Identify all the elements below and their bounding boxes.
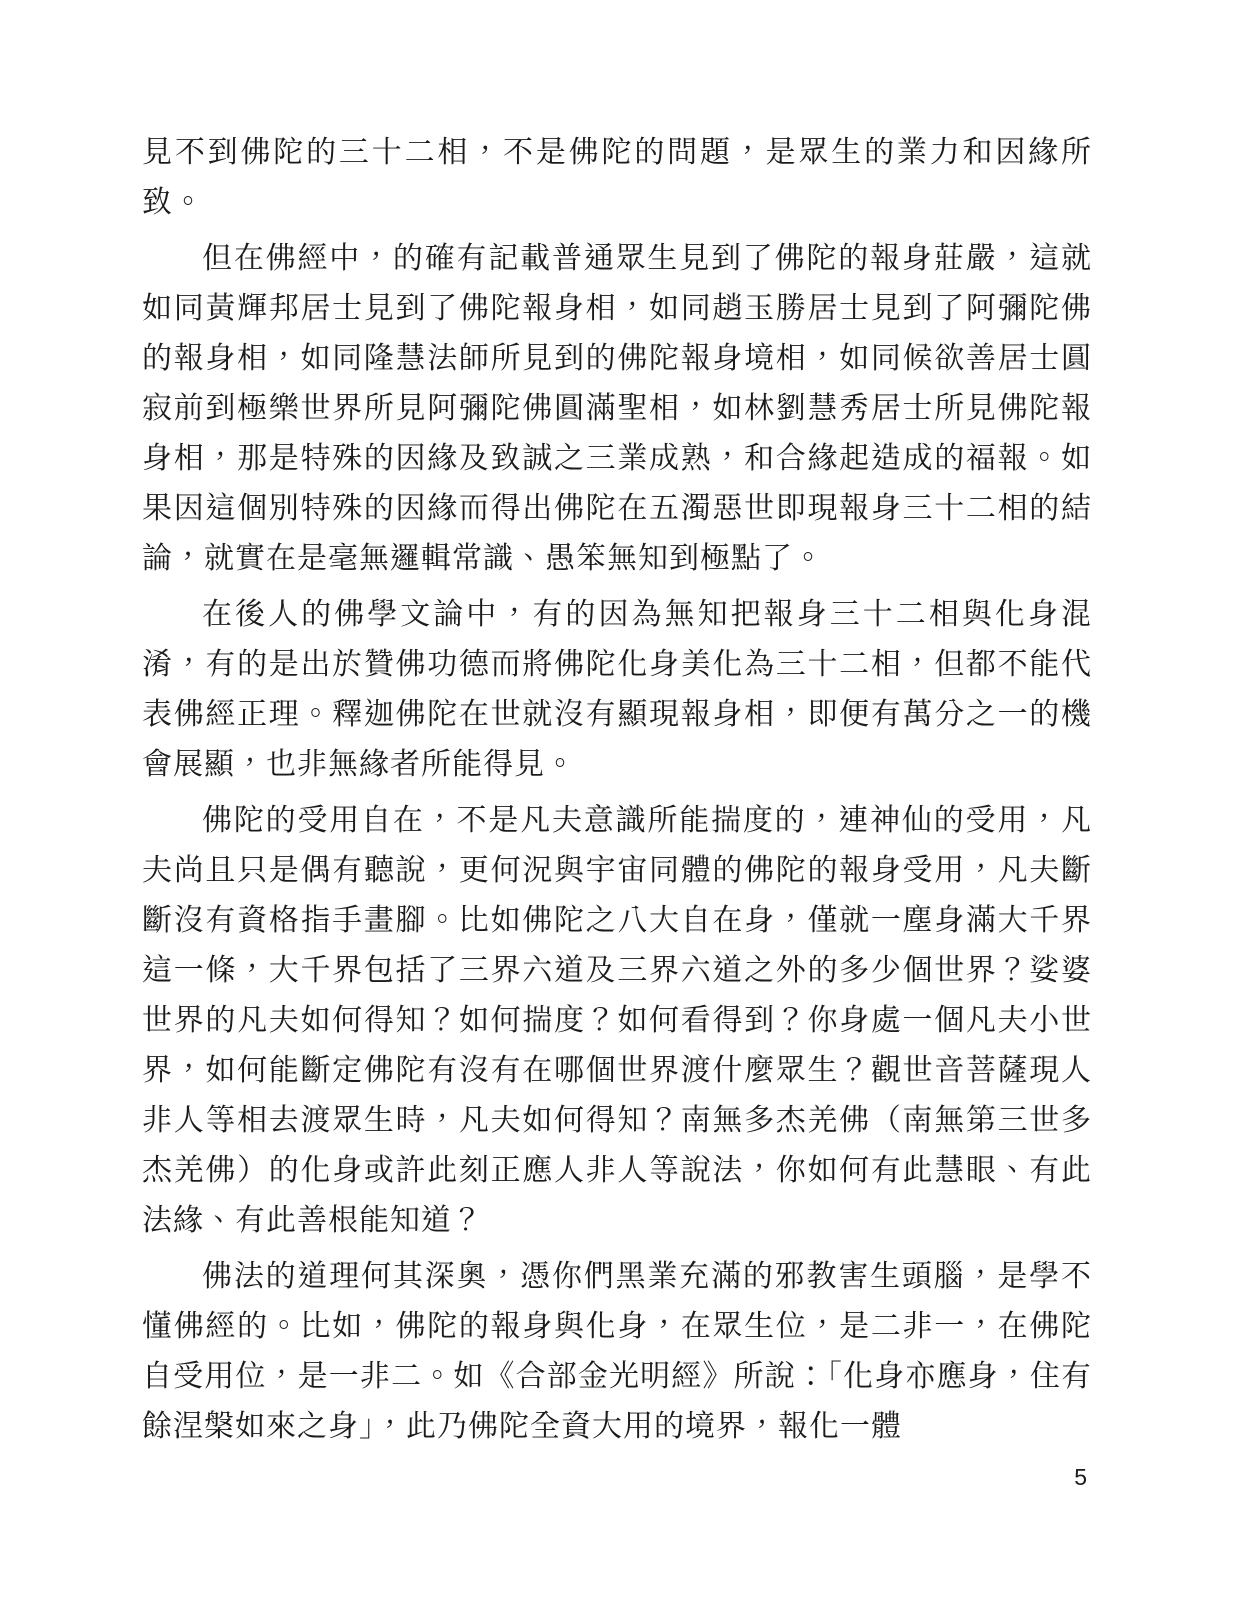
paragraph: 佛法的道理何其深奧，憑你們黑業充滿的邪教害生頭腦，是學不懂佛經的。比如，佛陀的報… [142, 1252, 1092, 1452]
document-page: 見不到佛陀的三十二相，不是佛陀的問題，是眾生的業力和因緣所致。 但在佛經中，的確… [0, 0, 1237, 1600]
paragraph: 但在佛經中，的確有記載普通眾生見到了佛陀的報身莊嚴，這就如同黃輝邦居士見到了佛陀… [142, 234, 1092, 584]
page-number: 5 [1074, 1462, 1087, 1492]
paragraph: 在後人的佛學文論中，有的因為無知把報身三十二相與化身混淆，有的是出於贊佛功德而將… [142, 590, 1092, 790]
paragraph: 佛陀的受用自在，不是凡夫意識所能揣度的，連神仙的受用，凡夫尚且只是偶有聽說，更何… [142, 796, 1092, 1246]
paragraph-continuation: 見不到佛陀的三十二相，不是佛陀的問題，是眾生的業力和因緣所致。 [142, 128, 1092, 228]
